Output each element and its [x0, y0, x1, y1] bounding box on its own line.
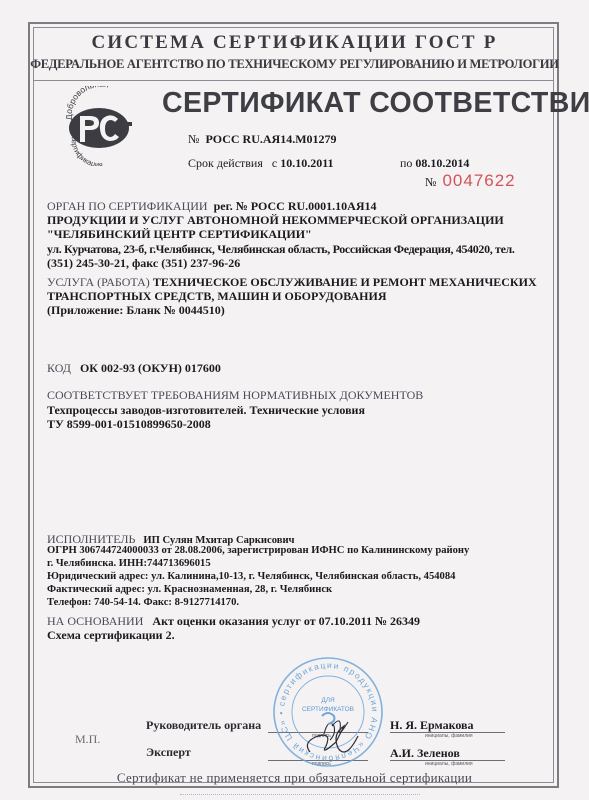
- compliance-line-1: Техпроцессы заводов-изготовителей. Техни…: [47, 403, 365, 418]
- executor-inn: г. Челябинска. ИНН:744713696015: [47, 558, 211, 569]
- basis-value: Акт оценки оказания услуг от 07.10.2011 …: [152, 614, 420, 628]
- cert-body-address-1: ул. Курчатова, 23-б, г.Челябинск, Челяби…: [47, 242, 515, 257]
- service-label: УСЛУГА (РАБОТА): [47, 275, 150, 289]
- basis-label: НА ОСНОВАНИИ: [47, 614, 143, 628]
- service-line-2: ТРАНСПОРТНЫХ СРЕДСТВ, МАШИН И ОБОРУДОВАН…: [47, 289, 386, 304]
- cert-body-row: ОРГАН ПО СЕРТИФИКАЦИИ рег. № РОСС RU.000…: [47, 199, 377, 214]
- head-label: Руководитель органа: [146, 718, 261, 733]
- rst-logo-icon: Добровольная сертификация: [66, 86, 132, 166]
- seal-label: М.П.: [75, 732, 100, 747]
- cert-body-reg: рег. № РОСС RU.0001.10АЯ14: [214, 199, 377, 213]
- executor-label: ИСПОЛНИТЕЛЬ: [47, 532, 135, 546]
- expert-name: А.И. Зеленов: [390, 746, 460, 761]
- compliance-line-2: ТУ 8599-001-01510899650-2008: [47, 417, 211, 432]
- header-divider: [33, 80, 554, 81]
- executor-contacts: Телефон: 740-54-14. Факс: 8-9127714170.: [47, 597, 239, 608]
- blank-number-sign: №: [425, 175, 436, 189]
- blank-number-row: №0047622: [425, 171, 516, 191]
- blank-number: 0047622: [442, 171, 515, 190]
- executor-actual-address: Фактический адрес: ул. Краснознаменная, …: [47, 584, 332, 595]
- footer-notice: Сертификат не применяется при обязательн…: [0, 770, 589, 786]
- compliance-label: СООТВЕТСТВУЕТ ТРЕБОВАНИЯМ НОРМАТИВНЫХ ДО…: [47, 388, 423, 403]
- printer-imprint: [180, 794, 420, 796]
- executor-legal-address: Юридический адрес: ул. Калинина,10-13, г…: [47, 571, 455, 582]
- cert-body-address-2: (351) 245-30-21, факс (351) 237-96-26: [47, 256, 240, 271]
- expert-label: Эксперт: [146, 745, 191, 760]
- cert-body-name-2: "ЧЕЛЯБИНСКИЙ ЦЕНТР СЕРТИФИКАЦИИ": [47, 227, 312, 242]
- validity-label: Срок действия: [188, 156, 263, 170]
- certificate-number-row: № РОСС RU.АЯ14.М01279: [188, 132, 337, 147]
- valid-to-date: 08.10.2014: [415, 156, 469, 170]
- system-title: СИСТЕМА СЕРТИФИКАЦИИ ГОСТ Р: [0, 32, 589, 54]
- head-name-caption: инициалы, фамилия: [425, 733, 473, 739]
- basis-scheme: Схема сертификации 2.: [47, 628, 175, 643]
- certificate-title: СЕРТИФИКАТ СООТВЕТСТВИЯ: [162, 87, 589, 120]
- service-row: УСЛУГА (РАБОТА) ТЕХНИЧЕСКОЕ ОБСЛУЖИВАНИЕ…: [47, 275, 537, 290]
- cert-body-name-1: ПРОДУКЦИИ И УСЛУГ АВТОНОМНОЙ НЕКОММЕРЧЕС…: [47, 213, 504, 228]
- service-appendix: (Приложение: Бланк № 0044510): [47, 303, 225, 318]
- agency-name: ФЕДЕРАЛЬНОЕ АГЕНТСТВО ПО ТЕХНИЧЕСКОМУ РЕ…: [0, 57, 589, 72]
- executor-ogrn: ОГРН 306744724000033 от 28.08.2006, заре…: [47, 545, 469, 556]
- expert-name-caption: инициалы, фамилия: [425, 761, 473, 767]
- valid-from-date: 10.10.2011: [280, 156, 333, 170]
- round-seal-icon: сертификации продукции АНО «Челябинский …: [272, 656, 384, 768]
- basis-row: НА ОСНОВАНИИ Акт оценки оказания услуг о…: [47, 614, 420, 629]
- certificate-number: РОСС RU.АЯ14.М01279: [205, 132, 336, 146]
- head-name: Н. Я. Ермакова: [390, 718, 474, 733]
- valid-from-prefix: с: [272, 156, 277, 170]
- code-value: ОК 002-93 (ОКУН) 017600: [80, 361, 221, 375]
- code-label: КОД: [47, 361, 71, 375]
- stamp-center-1: ДЛЯ: [321, 697, 335, 704]
- valid-to-prefix: по: [400, 156, 412, 170]
- validity-row: Срок действия с 10.10.2011: [188, 156, 334, 171]
- code-row: КОД ОК 002-93 (ОКУН) 017600: [47, 361, 221, 376]
- certificate-page: СИСТЕМА СЕРТИФИКАЦИИ ГОСТ Р ФЕДЕРАЛЬНОЕ …: [0, 0, 589, 800]
- cert-body-label: ОРГАН ПО СЕРТИФИКАЦИИ: [47, 199, 208, 213]
- number-sign: №: [188, 132, 199, 146]
- service-line-1: ТЕХНИЧЕСКОЕ ОБСЛУЖИВАНИЕ И РЕМОНТ МЕХАНИ…: [153, 275, 537, 289]
- valid-to-row: по 08.10.2014: [400, 156, 469, 171]
